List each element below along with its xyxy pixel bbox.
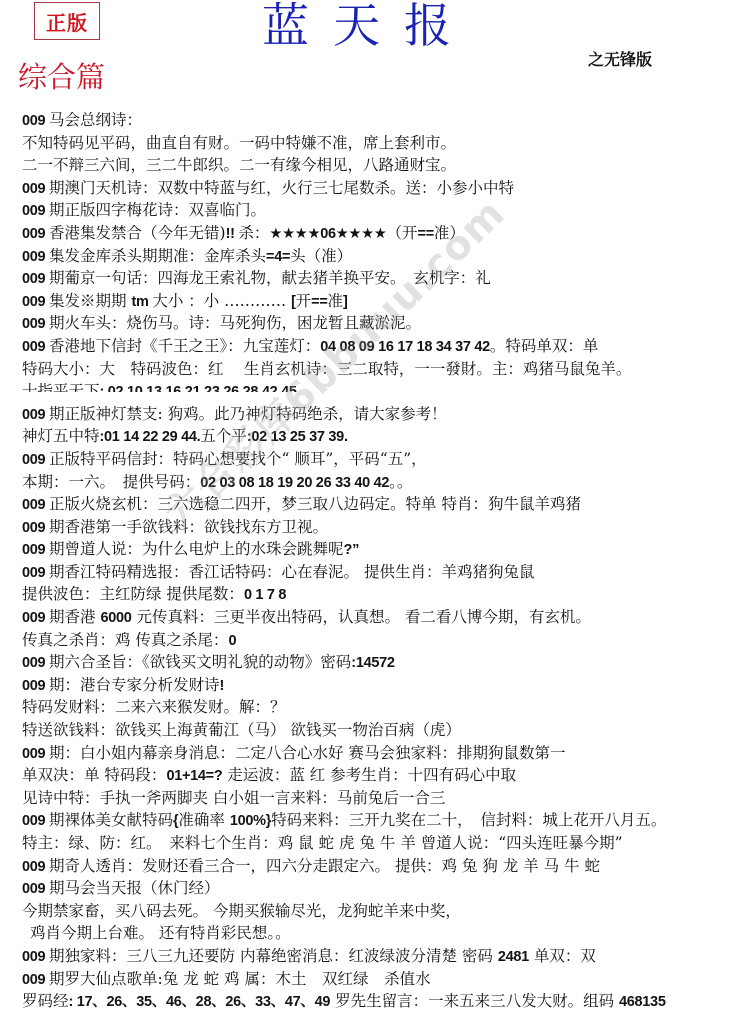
content-line: 009 期：白小姐内幕亲身消息：二定八合心水好 赛马会独家料：排期狗鼠数第一 [22, 742, 742, 765]
bold-number-segment: =4= [266, 249, 290, 265]
text-segment: 正版火烧玄机：三六选稳二四开，梦三取八边码定。特单 特肖：狗牛鼠羊鸡猪 [49, 495, 581, 513]
content-line: 本期：一六。 提供号码：02 03 08 18 19 20 26 33 40 4… [22, 471, 742, 494]
bold-number-segment: 009 [22, 949, 49, 965]
bold-number-segment: 468135 [619, 994, 666, 1010]
bold-number-segment: 009 [22, 316, 49, 332]
content-line: 神灯五中特:01 14 22 29 44.五个平:02 13 25 37 39. [22, 425, 742, 448]
text-segment: 本期：一六。 提供号码： [22, 473, 200, 491]
text-segment: 特码大小：大 特码波色：红 生肖玄机诗：三二取特，一一發財。主：鸡猪马鼠兔羊。 [22, 360, 631, 378]
bold-number-segment: 009 [22, 407, 49, 423]
bold-number-segment: 009 [22, 972, 49, 988]
text-segment: 期香江特码精选报：香江话特码：心在春泥。 提供生肖：羊鸡猪狗兔鼠 [49, 563, 534, 581]
content-line: 009 集发※期期 tm 大小 ：小 ………… [开==准] [22, 290, 742, 313]
content-line: 009 期：港台专家分析发财诗! [22, 674, 742, 697]
content-line: 009 香港地下信封《千王之王》：九宝莲灯：04 08 09 16 17 18 … [22, 335, 742, 358]
text-segment: 准确率 [178, 811, 229, 829]
bold-number-segment: 009 [22, 226, 49, 242]
bold-number-segment: 009 [22, 181, 49, 197]
text-segment: 准 [328, 292, 344, 310]
bold-number-segment: 009 [22, 271, 49, 287]
text-segment: 期：白小姐内幕亲身消息：二定八合心水好 赛马会独家料：排期狗鼠数第一 [49, 744, 565, 762]
content-line: 鸡肖今期上台难。 还有特肖彩民想。。 [22, 922, 742, 945]
bold-number-segment: 0 1 7 8 [244, 587, 286, 603]
bold-number-segment: 01+14=? [166, 768, 222, 784]
content-line: 传真之杀肖：鸡 传真之杀尾：0 [22, 629, 742, 652]
text-segment: 不知特码见平码，曲直自有财。一码中特嫌不准，席上套利市。 [22, 134, 456, 152]
content-line: 特送欲钱料：欲钱买上海黄葡江（马） 欲钱买一物治百病（虎） [22, 719, 742, 742]
bold-number-segment: ?” [344, 542, 360, 558]
bold-number-segment: 009 [22, 452, 49, 468]
text-segment: 特码来料：三开九奖在二十， 信封料：城上花开八月五。 [271, 811, 666, 829]
text-segment: 开 [296, 292, 312, 310]
content-line: 罗码经: 17、26、35、46、28、26、33、47、49 罗先生留言：一来… [22, 990, 742, 1012]
badge-label: 正版 [46, 7, 88, 36]
text-segment: 罗先生留言：一来五来三八发大财。组码 [330, 992, 619, 1010]
text-segment: 元传真料：三更半夜出特码，认真想。 看二看八博今期，有玄机。 [132, 608, 591, 626]
content-line: 009 期澳门天机诗：双数中特蓝与红，火行三七尾数杀。送：小参小中特 [22, 177, 742, 200]
text-segment: （开 [387, 224, 418, 242]
content-line: 009 期正版神灯禁支: 狗鸡。此乃神灯特码绝杀，请大家参考！ [22, 403, 742, 426]
text-segment: 五个平 [200, 427, 247, 445]
content-line: 单双决：单 特码段：01+14=? 走运波：蓝 红 参考生肖：十四有码心中取 [22, 764, 742, 787]
content-line: 009 期正版四字梅花诗：双喜临门。 [22, 199, 742, 222]
text-segment: 集发金库杀头期期准：金库杀头 [49, 247, 266, 265]
bold-number-segment: 100%} [230, 813, 271, 829]
content-line: 十指平天下: 02 10 13 16 21 23 26 28 42 45。 [22, 380, 742, 403]
text-segment: 准） [434, 224, 465, 242]
bold-number-segment: 009 [22, 542, 49, 558]
article-body: 009 马会总纲诗：不知特码见平码，曲直自有财。一码中特嫌不准，席上套利市。二一… [22, 109, 742, 1012]
content-line: 提供波色：主红防绿 提供尾数：0 1 7 8 [22, 583, 742, 606]
content-line: 009 期奇人透肖：发财还看三合一，四六分走跟定六。 提供：鸡 兔 狗 龙 羊 … [22, 855, 742, 878]
text-segment: 期香港 [49, 608, 100, 626]
content-line: 009 期火车头：烧伤马。诗：马死狗伤，困龙暂且藏淤泥。 [22, 312, 742, 335]
bold-number-segment: :02 13 25 37 39. [247, 429, 348, 445]
content-line: 009 期香港 6000 元传真料：三更半夜出特码，认真想。 看二看八博今期，有… [22, 606, 742, 629]
bold-number-segment: 009 [22, 294, 49, 310]
edition-label: 之无锋版 [588, 47, 652, 70]
bold-number-segment: ! [220, 678, 225, 694]
bold-number-segment: :14572 [351, 655, 394, 671]
bold-number-segment: 009 [22, 113, 49, 129]
text-segment: 走运波：蓝 红 参考生肖：十四有码心中取 [222, 766, 516, 784]
content-line: 009 期六合圣旨：《欲钱买文明礼貌的动物》密码:14572 [22, 651, 742, 674]
text-segment: 正版特平码信封：特码心想要找个“ 顺耳”，平码“五”， [49, 450, 427, 468]
text-segment: 单双决：单 特码段： [22, 766, 166, 784]
bold-number-segment: 009 [22, 520, 49, 536]
bold-number-segment: == [311, 294, 327, 310]
text-segment: 期罗大仙点歌单:兔 龙 蛇 鸡 属：木土 双红绿 杀值水 [49, 970, 430, 988]
text-segment: 二一不辩三六间，三二牛郎织。二一有缘今相见，八路通财宝。 [22, 156, 456, 174]
text-segment: 特码发财料：二来六来猴发财。解：？ [22, 698, 286, 716]
bold-number-segment: 04 08 09 16 17 18 34 37 42 [320, 339, 490, 355]
bold-number-segment: 009 [22, 610, 49, 626]
bold-number-segment: 009 [22, 655, 49, 671]
bold-number-segment: 009 [22, 565, 49, 581]
bold-number-segment: 009 [22, 813, 49, 829]
bold-number-segment: 009 [22, 497, 49, 513]
official-edition-badge: 正版 [34, 2, 100, 40]
text-segment: 马会总纲诗： [49, 111, 142, 129]
bold-number-segment: ★★★★06★★★★ [269, 226, 386, 242]
text-segment: 期正版四字梅花诗：双喜临门。 [49, 201, 266, 219]
text-segment: 集发※期期 [49, 292, 131, 310]
text-segment: 见诗中特：手执一斧两脚夹 白小姐一言来料：马前兔后一合三 [22, 789, 445, 807]
content-line: 009 正版特平码信封：特码心想要找个“ 顺耳”，平码“五”， [22, 448, 742, 471]
newspaper-title: 蓝天报 [262, 0, 475, 56]
text-segment: 大小 ：小 ………… [152, 292, 291, 310]
text-segment: 香港集发禁合（今年无错) [49, 224, 226, 242]
text-segment: 期六合圣旨：《欲钱买文明礼貌的动物》密码 [49, 653, 351, 671]
content-line: 二一不辩三六间，三二牛郎织。二一有缘今相见，八路通财宝。 [22, 154, 742, 177]
bold-number-segment: 009 [22, 859, 49, 875]
text-segment: 杀： [238, 224, 269, 242]
text-segment: 神灯五中特 [22, 427, 100, 445]
content-line: 009 期马会当天报（休门经） [22, 877, 742, 900]
bold-number-segment: ] [343, 294, 348, 310]
bold-number-segment: 009 [22, 249, 49, 265]
text-segment: 传真之杀肖：鸡 传真之杀尾： [22, 631, 228, 649]
content-line: 009 期葡京一句话：四海龙王索礼物，献去猪羊换平安。 玄机字：礼 [22, 267, 742, 290]
content-line: 009 期罗大仙点歌单:兔 龙 蛇 鸡 属：木土 双红绿 杀值水 [22, 968, 742, 991]
bold-number-segment: == [418, 226, 434, 242]
content-line: 不知特码见平码，曲直自有财。一码中特嫌不准，席上套利市。 [22, 132, 742, 155]
text-segment: 香港地下信封《千王之王》：九宝莲灯： [49, 337, 320, 355]
text-segment: 。。 [389, 473, 412, 491]
bold-number-segment: 02 03 08 18 19 20 26 33 40 42 [200, 475, 389, 491]
text-segment: 期奇人透肖：发财还看三合一，四六分走跟定六。 提供：鸡 兔 狗 龙 羊 马 牛 … [49, 857, 600, 875]
text-segment: 期裸体美女献特码 [49, 811, 173, 829]
content-line: 009 马会总纲诗： [22, 109, 742, 132]
text-segment: 期香港第一手欲钱料：欲钱找东方卫视。 [49, 518, 328, 536]
content-line: 特码大小：大 特码波色：红 生肖玄机诗：三二取特，一一發財。主：鸡猪马鼠兔羊。 [22, 358, 742, 381]
text-segment: 期澳门天机诗：双数中特蓝与红，火行三七尾数杀。送：小参小中特 [49, 179, 514, 197]
text-segment: 特送欲钱料：欲钱买上海黄葡江（马） 欲钱买一物治百病（虎） [22, 721, 461, 739]
text-segment: 特主：绿、防：红。 来料七个生肖：鸡 鼠 蛇 虎 兔 牛 羊 曾道人说：“四头连… [22, 834, 623, 852]
text-segment: 。特码单双：单 [490, 337, 599, 355]
text-segment: 提供波色：主红防绿 提供尾数： [22, 585, 244, 603]
text-segment: 。 [297, 382, 313, 400]
bold-number-segment: : 02 10 13 16 21 23 26 28 42 45 [100, 384, 297, 400]
bold-number-segment: 009 [22, 678, 49, 694]
text-segment: 期马会当天报（休门经） [49, 879, 220, 897]
bold-number-segment: 009 [22, 746, 49, 762]
text-segment: 期葡京一句话：四海龙王索礼物，献去猪羊换平安。 玄机字：礼 [49, 269, 491, 287]
content-line: 009 集发金库杀头期期准：金库杀头=4=头（准） [22, 245, 742, 268]
bold-number-segment: !! [226, 226, 239, 242]
bold-number-segment: : 17、26、35、46、28、26、33、47、49 [69, 994, 331, 1010]
content-line: 009 期香江特码精选报：香江话特码：心在春泥。 提供生肖：羊鸡猪狗兔鼠 [22, 561, 742, 584]
text-segment: 期独家料：三八三九还要防 内幕绝密消息：红波绿波分清楚 密码 [49, 947, 498, 965]
text-segment: 期正版神灯禁支: 狗鸡。此乃神灯特码绝杀，请大家参考！ [49, 405, 447, 423]
text-segment: 期：港台专家分析发财诗 [49, 676, 220, 694]
bold-number-segment: 6000 [100, 610, 131, 626]
bold-number-segment: 009 [22, 881, 49, 897]
content-line: 009 期香港第一手欲钱料：欲钱找东方卫视。 [22, 516, 742, 539]
content-line: 009 期裸体美女献特码{准确率 100%}特码来料：三开九奖在二十， 信封料：… [22, 809, 742, 832]
content-line: 今期禁家畜，买八码去死。 今期买猴输尽光，龙狗蛇羊来中奖， [22, 900, 742, 923]
content-line: 009 正版火烧玄机：三六选稳二四开，梦三取八边码定。特单 特肖：狗牛鼠羊鸡猪 [22, 493, 742, 516]
text-segment: 今期禁家畜，买八码去死。 今期买猴输尽光，龙狗蛇羊来中奖， [22, 902, 461, 920]
text-segment: 期火车头：烧伤马。诗：马死狗伤，困龙暂且藏淤泥。 [49, 314, 421, 332]
content-line: 特码发财料：二来六来猴发财。解：？ [22, 696, 742, 719]
content-line: 009 期曾道人说：为什么电炉上的水珠会跳舞呢?” [22, 538, 742, 561]
content-line: 009 香港集发禁合（今年无错)!! 杀：★★★★06★★★★（开==准） [22, 222, 742, 245]
text-segment: 头（准） [290, 247, 352, 265]
content-line: 特主：绿、防：红。 来料七个生肖：鸡 鼠 蛇 虎 兔 牛 羊 曾道人说：“四头连… [22, 832, 742, 855]
text-segment: 鸡肖今期上台难。 还有特肖彩民想。。 [30, 924, 291, 942]
content-line: 见诗中特：手执一斧两脚夹 白小姐一言来料：马前兔后一合三 [22, 787, 742, 810]
text-segment: 单双：双 [529, 947, 596, 965]
section-heading: 综合篇 [18, 58, 105, 96]
text-segment: 十指平天下 [22, 382, 100, 400]
content-line: 009 期独家料：三八三九还要防 内幕绝密消息：红波绿波分清楚 密码 2481 … [22, 945, 742, 968]
bold-number-segment: 0 [228, 633, 236, 649]
bold-number-segment: 2481 [498, 949, 529, 965]
text-segment: 期曾道人说：为什么电炉上的水珠会跳舞呢 [49, 540, 344, 558]
text-segment: 罗码经 [22, 992, 69, 1010]
bold-number-segment: :01 14 22 29 44. [100, 429, 201, 445]
bold-number-segment: tm [131, 294, 152, 310]
bold-number-segment: 009 [22, 203, 49, 219]
bold-number-segment: 009 [22, 339, 49, 355]
